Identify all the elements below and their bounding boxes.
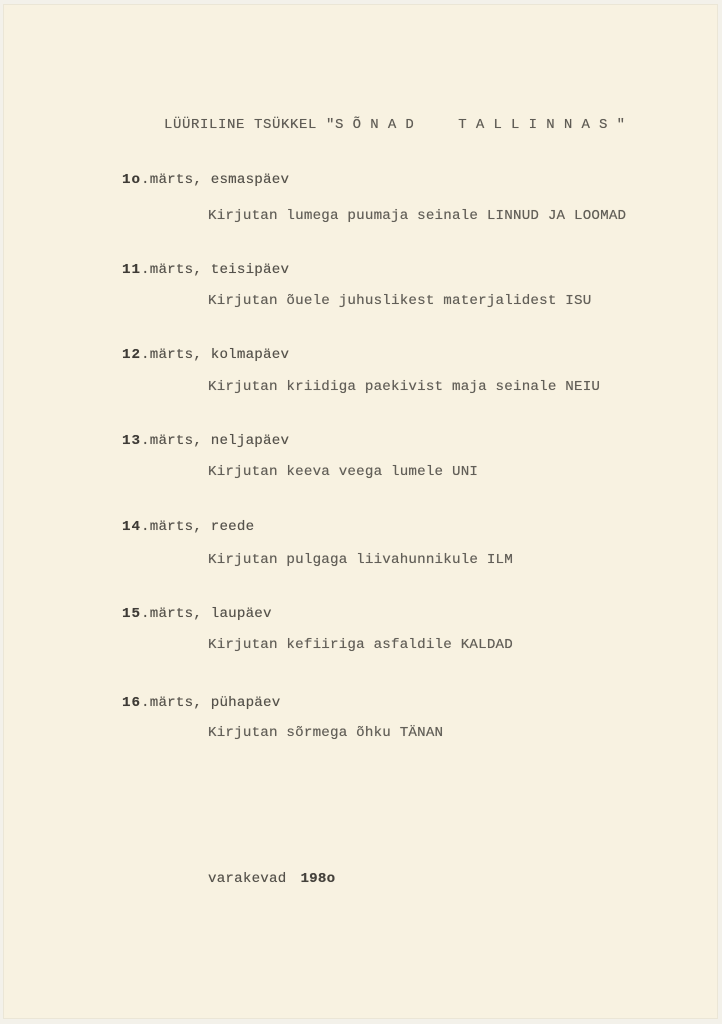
day-number: 11 (122, 262, 141, 278)
entry-text: Kirjutan sõrmega õhku TÄNAN (208, 725, 443, 741)
entry-text: Kirjutan lumega puumaja seinale LINNUD J… (208, 208, 626, 224)
footer-season: varakevad (208, 871, 286, 887)
weekday-label: .märts, neljapäev (141, 433, 289, 449)
day-number: 16 (122, 695, 141, 711)
entry-date: 15.märts, laupäev (122, 606, 272, 622)
entry-text: Kirjutan pulgaga liivahunnikule ILM (208, 552, 513, 568)
entry-date: 11.märts, teisipäev (122, 262, 289, 278)
footer-year: 198o (300, 871, 335, 887)
entry-date: 14.märts, reede (122, 519, 254, 535)
day-number: 13 (122, 433, 141, 449)
document-footer: varakevad198o (208, 871, 335, 887)
entry-date: 16.märts, pühapäev (122, 695, 280, 711)
day-number: 1o (122, 172, 141, 188)
weekday-label: .märts, teisipäev (141, 262, 289, 278)
document-title: LÜÜRILINE TSÜKKEL "SÕNAD TALLINNAS" (164, 117, 626, 133)
entry-date: 13.märts, neljapäev (122, 433, 289, 449)
entry-date: 1o.märts, esmaspäev (122, 172, 289, 188)
day-number: 14 (122, 519, 141, 535)
weekday-label: .märts, esmaspäev (141, 172, 289, 188)
day-number: 15 (122, 606, 141, 622)
day-number: 12 (122, 347, 141, 363)
weekday-label: .märts, pühapäev (141, 695, 280, 711)
entry-date: 12.märts, kolmapäev (122, 347, 289, 363)
entry-text: Kirjutan kefiiriga asfaldile KALDAD (208, 637, 513, 653)
weekday-label: .märts, reede (141, 519, 254, 535)
weekday-label: .märts, kolmapäev (141, 347, 289, 363)
entry-text: Kirjutan kriidiga paekivist maja seinale… (208, 379, 600, 395)
entry-text: Kirjutan õuele juhuslikest materjalidest… (208, 293, 591, 309)
entry-text: Kirjutan keeva veega lumele UNI (208, 464, 478, 480)
title-suffix: " (617, 117, 626, 133)
title-prefix: LÜÜRILINE TSÜKKEL " (164, 117, 335, 133)
weekday-label: .märts, laupäev (141, 606, 272, 622)
typewritten-page: LÜÜRILINE TSÜKKEL "SÕNAD TALLINNAS" 1o.m… (4, 5, 717, 1018)
title-word-tallinnas: TALLINNAS (458, 117, 616, 133)
title-word-sonad: SÕNAD (335, 117, 423, 133)
